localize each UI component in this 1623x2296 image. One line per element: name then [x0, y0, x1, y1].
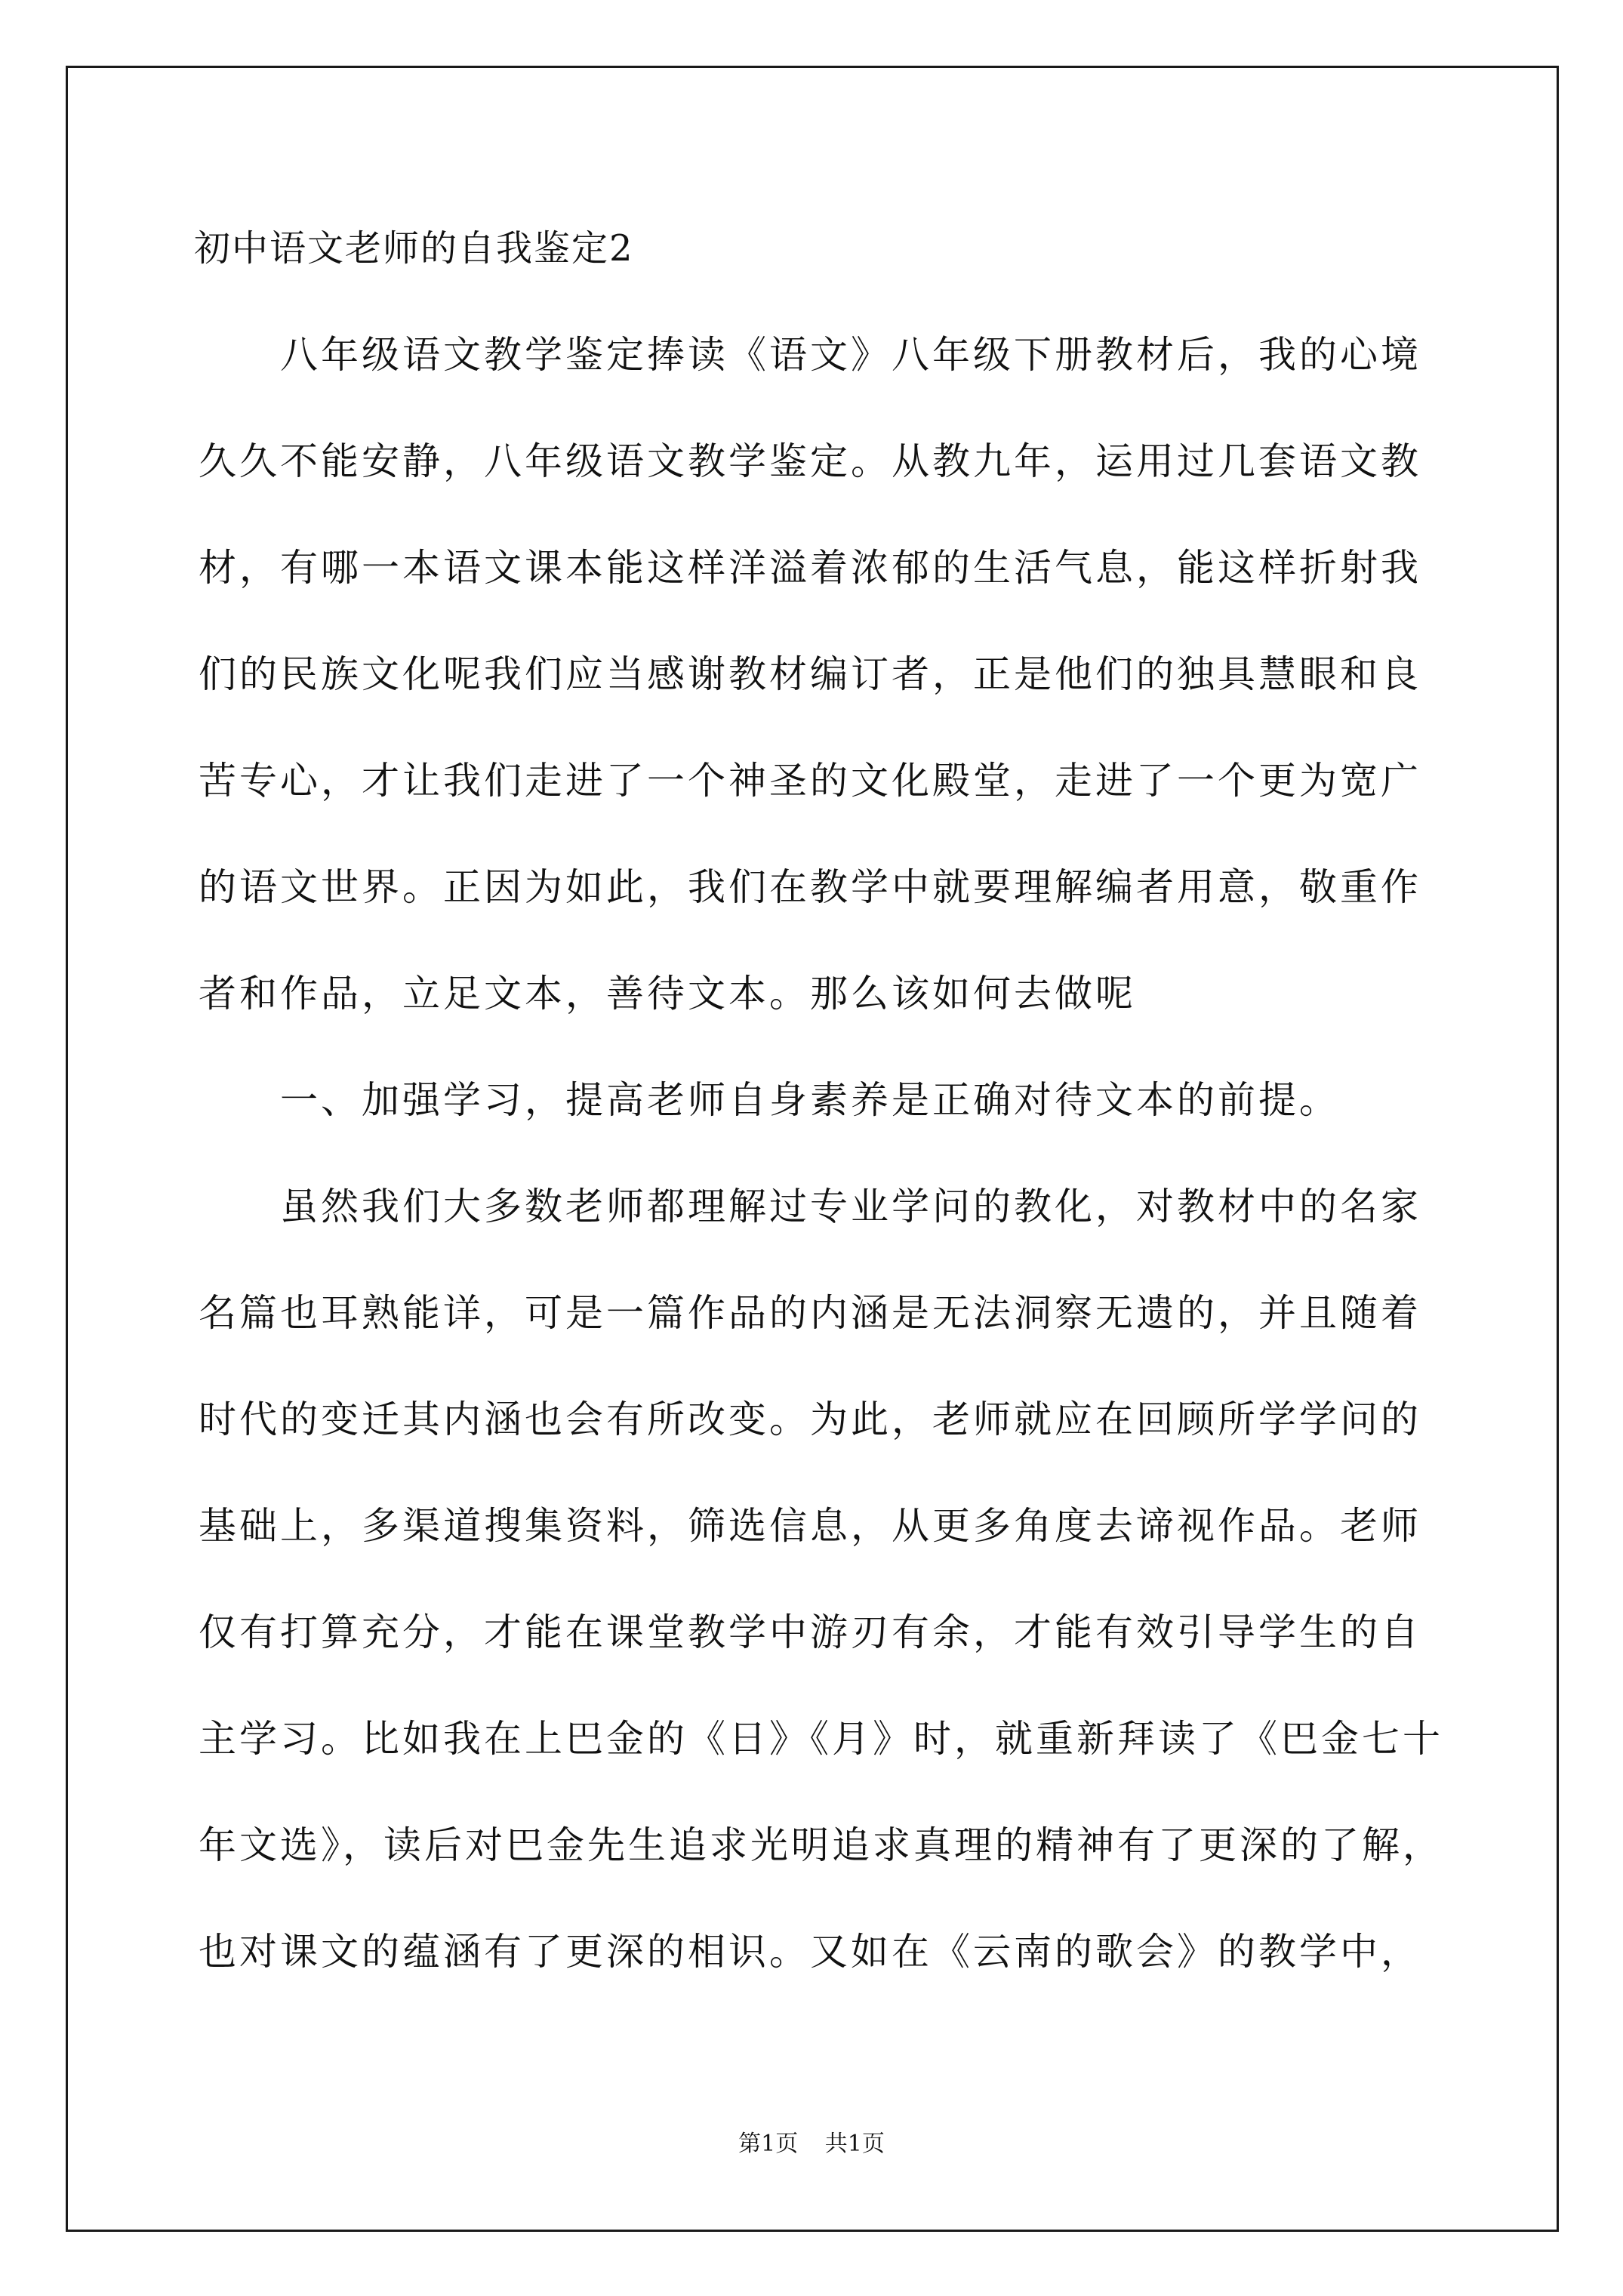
- body-line: 的语文世界。正因为如此，我们在教学中就要理解编者用意，敬重作: [199, 862, 1437, 969]
- body-line: 八年级语文教学鉴定捧读《语文》八年级下册教材后，我的心境: [199, 330, 1437, 436]
- body-line: 苦专心，才让我们走进了一个神圣的文化殿堂，走进了一个更为宽广: [199, 756, 1437, 862]
- body-line: 名篇也耳熟能详，可是一篇作品的内涵是无法洞察无遗的，并且随着: [199, 1288, 1437, 1395]
- body-line: 者和作品，立足文本，善待文本。那么该如何去做呢: [199, 969, 1437, 1075]
- body-line: 时代的变迁其内涵也会有所改变。为此，老师就应在回顾所学学问的: [199, 1395, 1437, 1501]
- body-line: 虽然我们大多数老师都理解过专业学问的教化，对教材中的名家: [199, 1182, 1437, 1288]
- body-line: 也对课文的蕴涵有了更深的相识。又如在《云南的歌会》的教学中，: [199, 1927, 1437, 2033]
- current-page-label: 第1页: [738, 2131, 798, 2157]
- document-title: 初中语文老师的自我鉴定2: [194, 223, 634, 273]
- body-line: 主学习。比如我在上巴金的《日》《月》时，就重新拜读了《巴金七十: [199, 1714, 1437, 1820]
- section-heading: 一、加强学习，提高老师自身素养是正确对待文本的前提。: [199, 1075, 1437, 1182]
- body-line: 久久不能安静，八年级语文教学鉴定。从教九年，运用过几套语文教: [199, 436, 1437, 543]
- page-footer: 第1页 共1页: [0, 2128, 1623, 2161]
- document-body: 八年级语文教学鉴定捧读《语文》八年级下册教材后，我的心境 久久不能安静，八年级语…: [199, 330, 1437, 2033]
- body-line: 仅有打算充分，才能在课堂教学中游刃有余，才能有效引导学生的自: [199, 1607, 1437, 1714]
- total-pages-label: 共1页: [825, 2131, 885, 2157]
- body-line: 年文选》，读后对巴金先生追求光明追求真理的精神有了更深的了解，: [199, 1820, 1437, 1927]
- body-line: 基础上，多渠道搜集资料，筛选信息，从更多角度去谛视作品。老师: [199, 1501, 1437, 1607]
- body-line: 们的民族文化呢我们应当感谢教材编订者，正是他们的独具慧眼和良: [199, 649, 1437, 756]
- body-line: 材，有哪一本语文课本能这样洋溢着浓郁的生活气息，能这样折射我: [199, 543, 1437, 649]
